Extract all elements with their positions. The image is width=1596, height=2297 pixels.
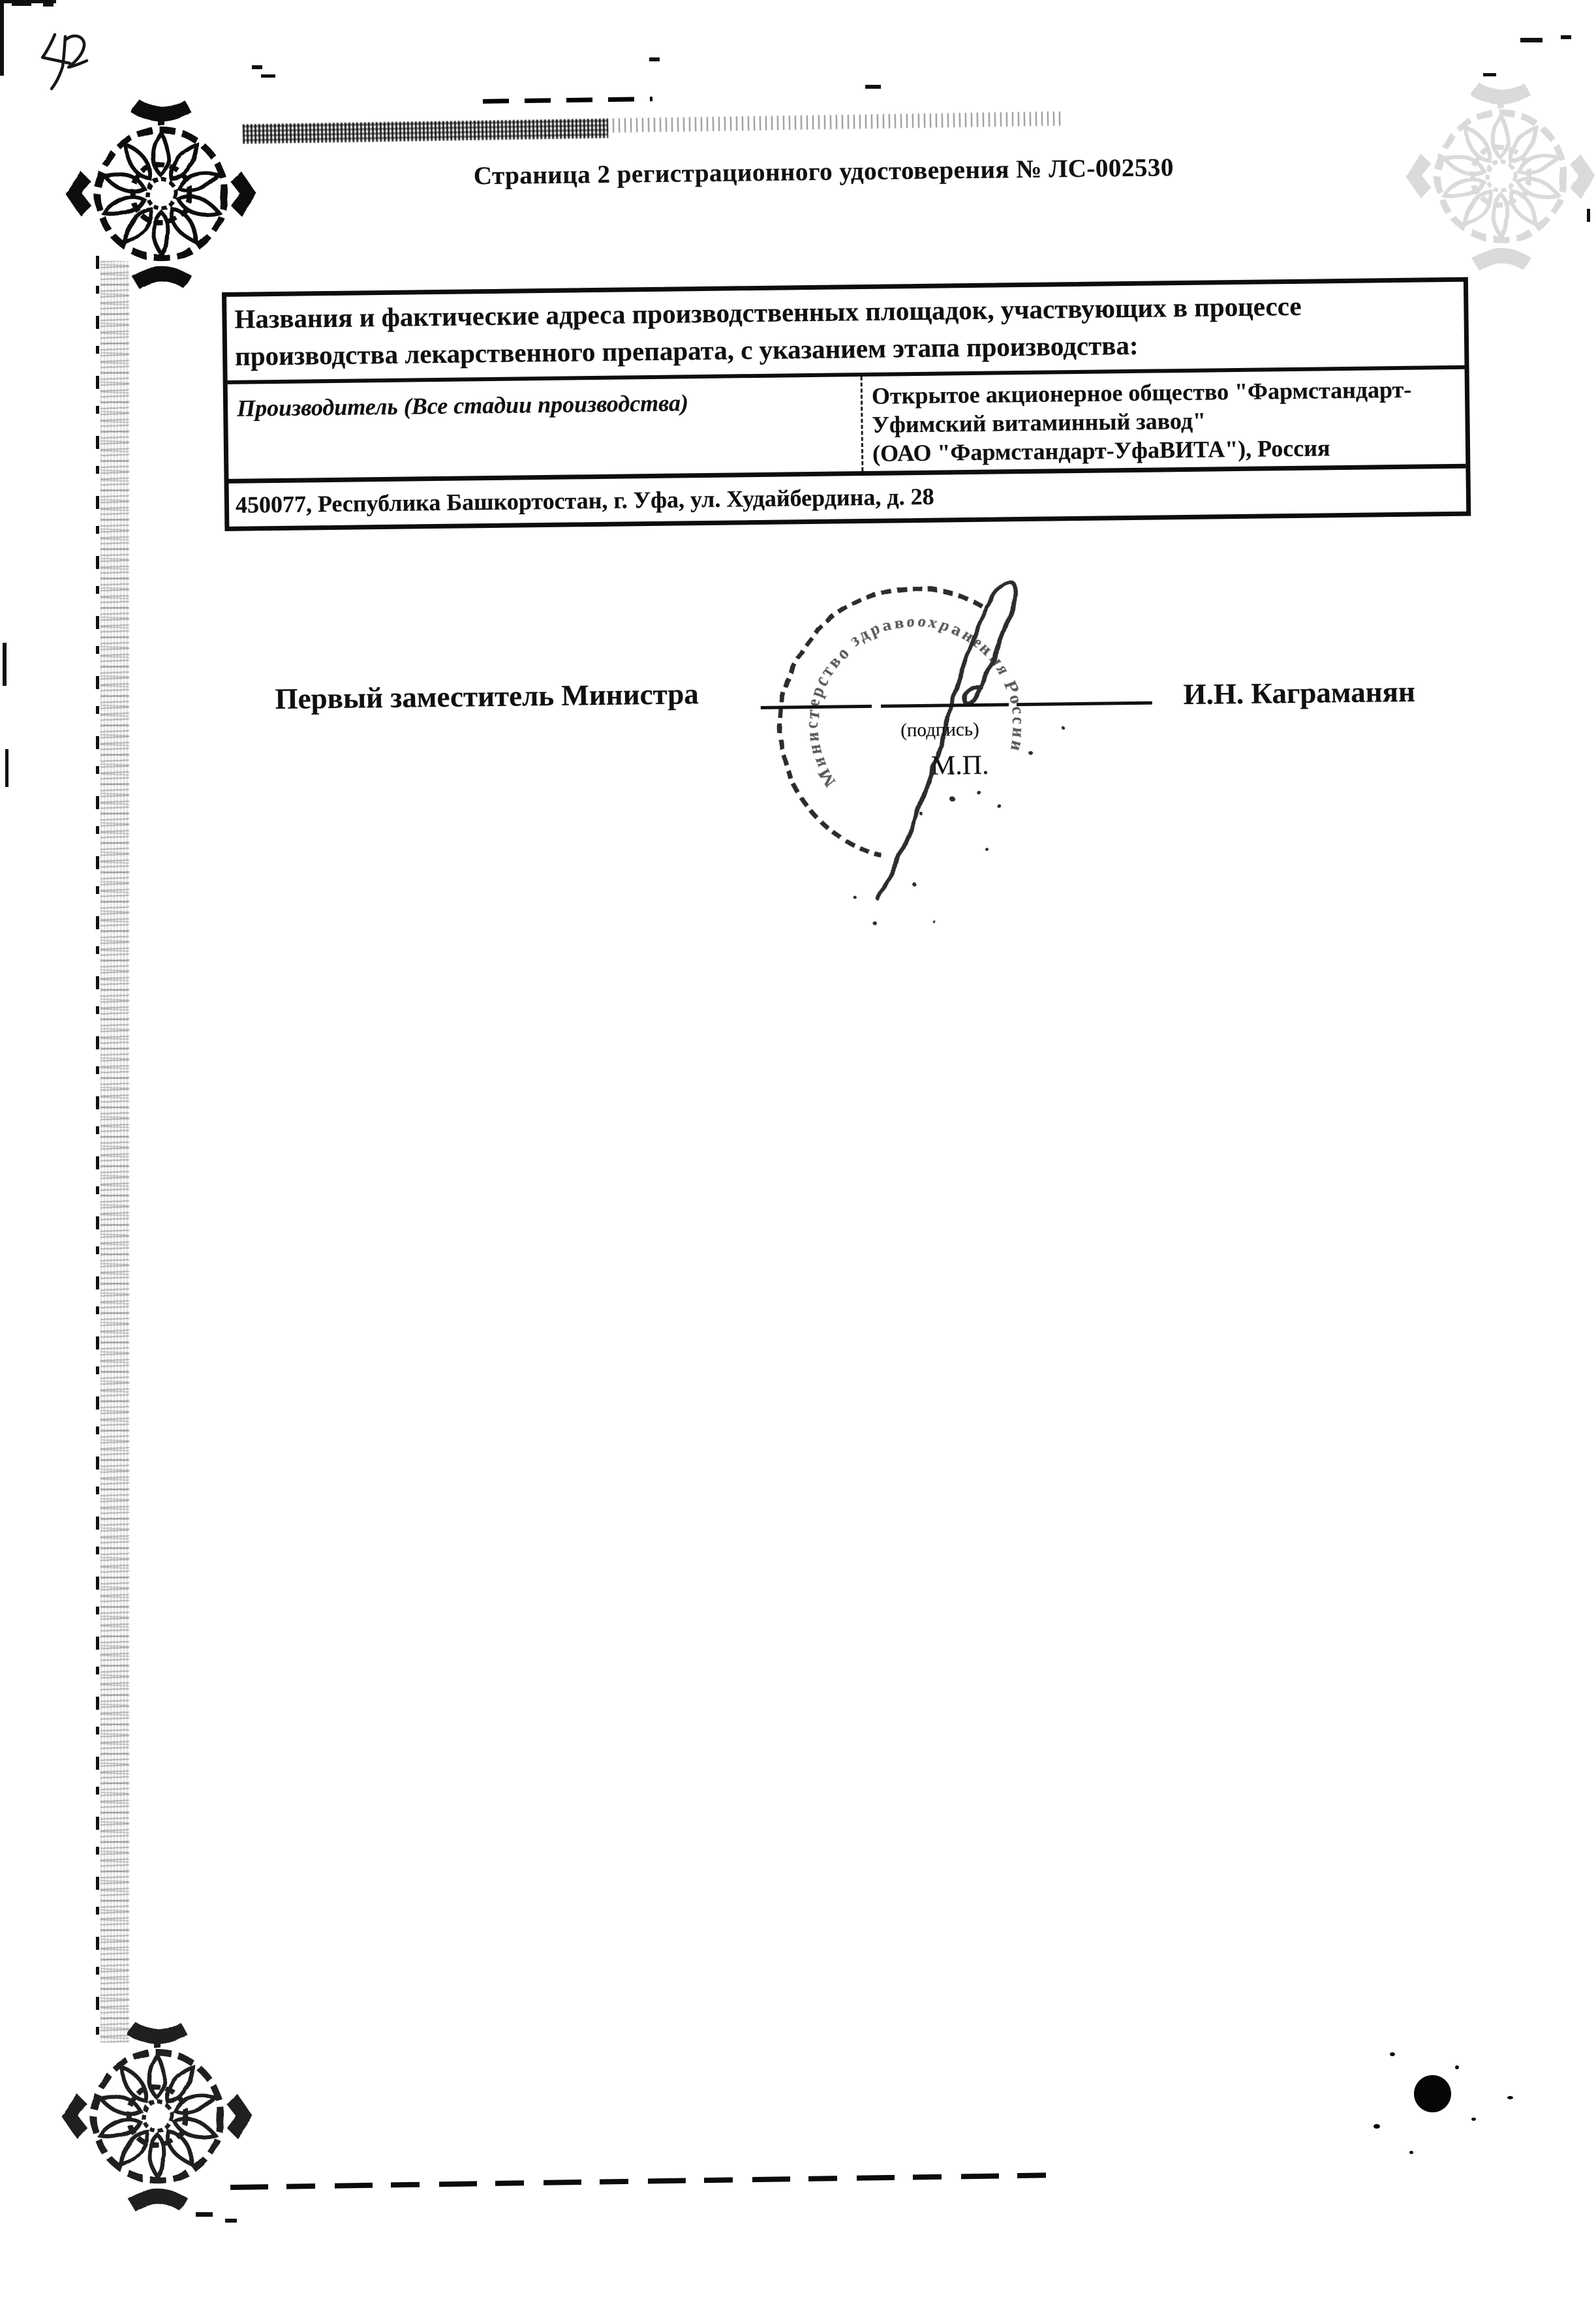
official-stamp: Министерство здравоохранения России: [754, 555, 1163, 964]
table-row: Производитель (Все стадии производства) …: [228, 369, 1466, 484]
production-sites-table: Названия и фактические адреса производст…: [222, 277, 1471, 531]
scanned-certificate-page: 42 Страница 2 регистрационного удостовер…: [0, 0, 1596, 2297]
document-content: Страница 2 регистрационного удостоверени…: [0, 0, 1596, 2297]
stamp-speckles: [852, 726, 1067, 926]
page-title: Страница 2 регистрационного удостоверени…: [474, 153, 1174, 191]
signatory-title: Первый заместитель Министра: [275, 677, 699, 716]
signatory-name: И.Н. Каграманян: [1183, 675, 1415, 711]
table-header-cell: Названия и фактические адреса производст…: [226, 282, 1464, 384]
producer-label-cell: Производитель (Все стадии производства): [228, 377, 862, 479]
producer-value-cell: Открытое акционерное общество "Фармстанд…: [861, 369, 1466, 471]
